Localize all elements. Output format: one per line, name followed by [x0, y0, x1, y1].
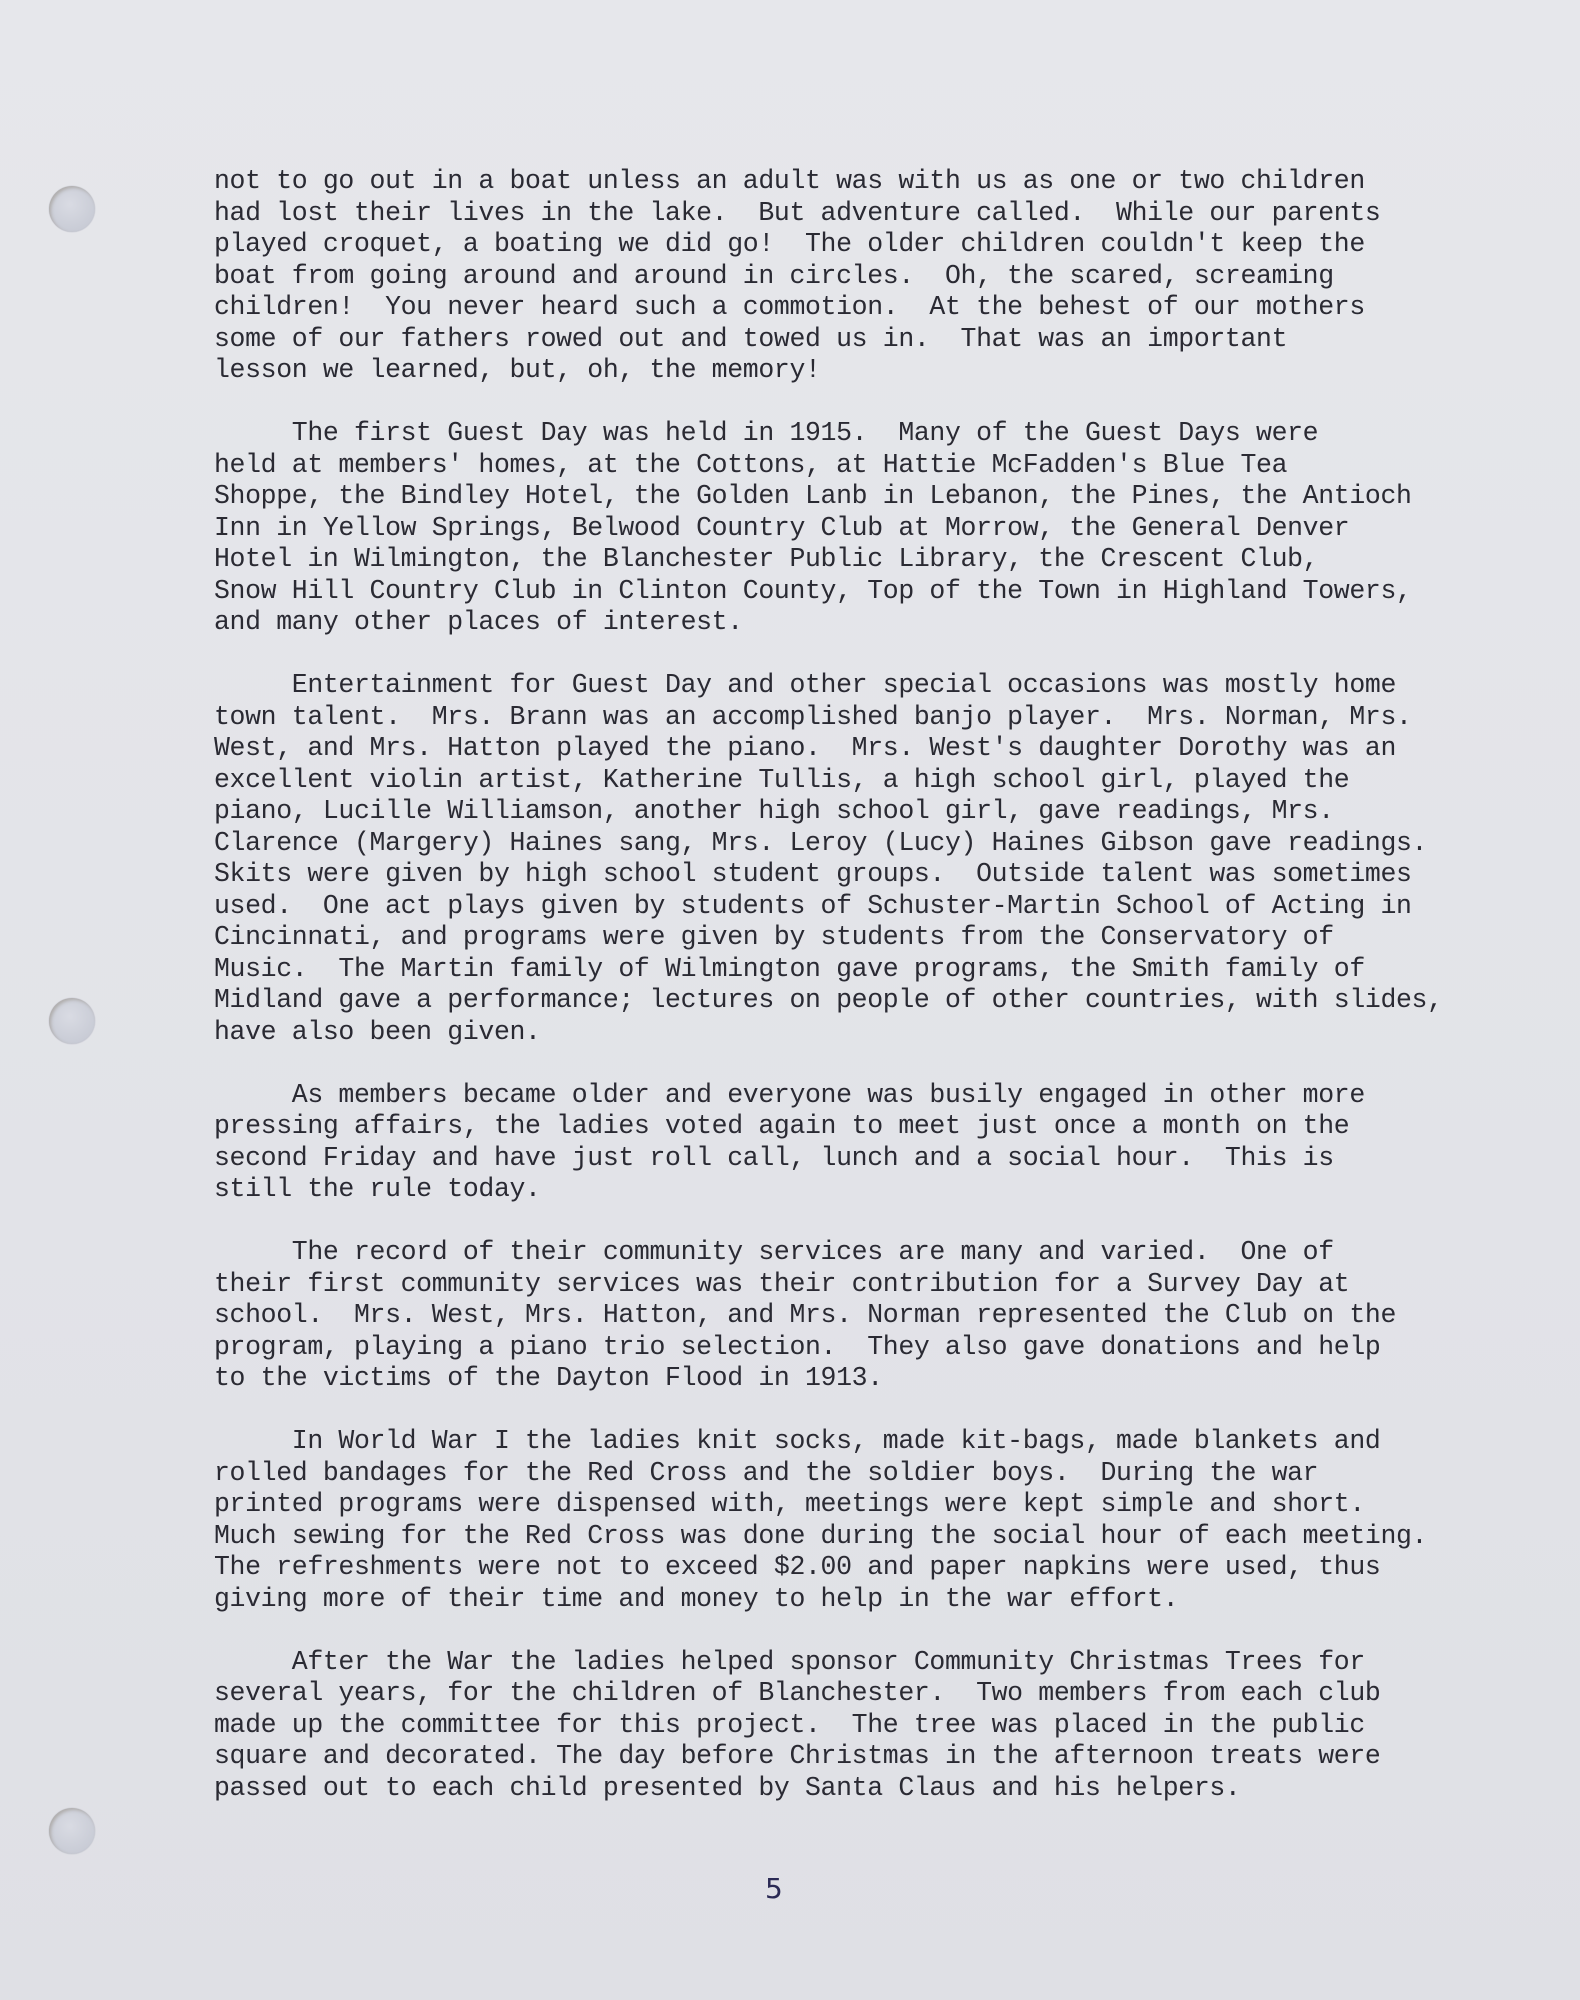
text-line: to the victims of the Dayton Flood in 19…	[214, 1363, 1474, 1395]
text-line: As members became older and everyone was…	[214, 1080, 1474, 1112]
text-line: had lost their lives in the lake. But ad…	[214, 198, 1474, 230]
punch-hole-middle	[49, 998, 95, 1044]
paragraph: As members became older and everyone was…	[214, 1080, 1474, 1206]
text-line: West, and Mrs. Hatton played the piano. …	[214, 733, 1474, 765]
text-line: and many other places of interest.	[214, 607, 1474, 639]
text-line: passed out to each child presented by Sa…	[214, 1773, 1474, 1805]
text-line: Clarence (Margery) Haines sang, Mrs. Ler…	[214, 828, 1474, 860]
text-line: square and decorated. The day before Chr…	[214, 1741, 1474, 1773]
text-line: Much sewing for the Red Cross was done d…	[214, 1521, 1474, 1553]
text-line: have also been given.	[214, 1017, 1474, 1049]
document-page: not to go out in a boat unless an adult …	[0, 0, 1580, 2000]
text-line: The refreshments were not to exceed $2.0…	[214, 1552, 1474, 1584]
text-line: their first community services was their…	[214, 1269, 1474, 1301]
typed-text-body: not to go out in a boat unless an adult …	[214, 166, 1474, 1836]
text-line: several years, for the children of Blanc…	[214, 1678, 1474, 1710]
text-line: lesson we learned, but, oh, the memory!	[214, 355, 1474, 387]
text-line: Shoppe, the Bindley Hotel, the Golden La…	[214, 481, 1474, 513]
text-line: Entertainment for Guest Day and other sp…	[214, 670, 1474, 702]
text-line: Snow Hill Country Club in Clinton County…	[214, 576, 1474, 608]
page-number: 5	[765, 1872, 783, 1905]
text-line: Hotel in Wilmington, the Blanchester Pub…	[214, 544, 1474, 576]
text-line: After the War the ladies helped sponsor …	[214, 1647, 1474, 1679]
text-line: piano, Lucille Williamson, another high …	[214, 796, 1474, 828]
text-line: made up the committee for this project. …	[214, 1710, 1474, 1742]
text-line: town talent. Mrs. Brann was an accomplis…	[214, 702, 1474, 734]
paragraph: After the War the ladies helped sponsor …	[214, 1647, 1474, 1805]
text-line: pressing affairs, the ladies voted again…	[214, 1111, 1474, 1143]
text-line: excellent violin artist, Katherine Tulli…	[214, 765, 1474, 797]
paragraph: In World War I the ladies knit socks, ma…	[214, 1426, 1474, 1615]
text-line: school. Mrs. West, Mrs. Hatton, and Mrs.…	[214, 1300, 1474, 1332]
punch-hole-top	[49, 186, 95, 232]
text-line: held at members' homes, at the Cottons, …	[214, 450, 1474, 482]
text-line: giving more of their time and money to h…	[214, 1584, 1474, 1616]
text-line: children! You never heard such a commoti…	[214, 292, 1474, 324]
paragraph: The record of their community services a…	[214, 1237, 1474, 1395]
text-line: program, playing a piano trio selection.…	[214, 1332, 1474, 1364]
text-line: used. One act plays given by students of…	[214, 891, 1474, 923]
text-line: not to go out in a boat unless an adult …	[214, 166, 1474, 198]
text-line: Cincinnati, and programs were given by s…	[214, 922, 1474, 954]
text-line: rolled bandages for the Red Cross and th…	[214, 1458, 1474, 1490]
text-line: Inn in Yellow Springs, Belwood Country C…	[214, 513, 1474, 545]
text-line: printed programs were dispensed with, me…	[214, 1489, 1474, 1521]
text-line: played croquet, a boating we did go! The…	[214, 229, 1474, 261]
text-line: The first Guest Day was held in 1915. Ma…	[214, 418, 1474, 450]
text-line: Music. The Martin family of Wilmington g…	[214, 954, 1474, 986]
text-line: second Friday and have just roll call, l…	[214, 1143, 1474, 1175]
paragraph: Entertainment for Guest Day and other sp…	[214, 670, 1474, 1048]
text-line: The record of their community services a…	[214, 1237, 1474, 1269]
text-line: still the rule today.	[214, 1174, 1474, 1206]
text-line: In World War I the ladies knit socks, ma…	[214, 1426, 1474, 1458]
paragraph: The first Guest Day was held in 1915. Ma…	[214, 418, 1474, 639]
paragraph: not to go out in a boat unless an adult …	[214, 166, 1474, 387]
text-line: Midland gave a performance; lectures on …	[214, 985, 1474, 1017]
text-line: Skits were given by high school student …	[214, 859, 1474, 891]
punch-hole-bottom	[49, 1808, 95, 1854]
text-line: boat from going around and around in cir…	[214, 261, 1474, 293]
text-line: some of our fathers rowed out and towed …	[214, 324, 1474, 356]
